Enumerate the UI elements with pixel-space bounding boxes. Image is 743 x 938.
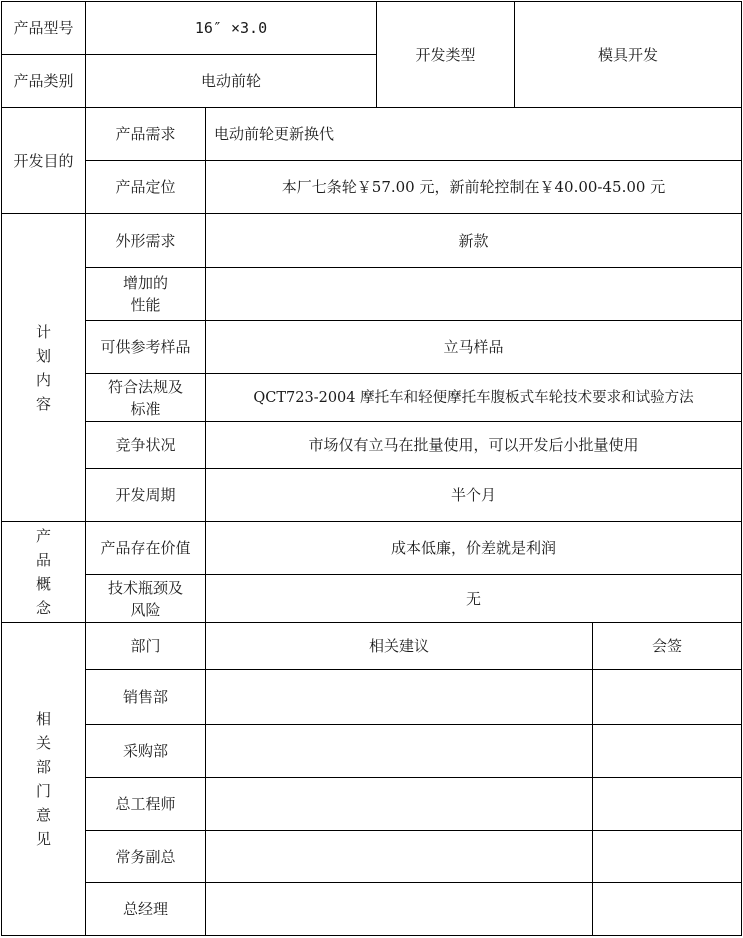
plan-row-value[interactable]: [205, 267, 742, 321]
purpose-row-label: 产品需求: [85, 107, 206, 161]
opinion-dept: 采购部: [85, 724, 206, 778]
purpose-row-value: 本厂七条轮￥57.00 元，新前轮控制在￥40.00-45.00 元: [205, 160, 742, 214]
plan-label-char: 容: [36, 392, 51, 416]
product-model-label: 产品型号: [1, 1, 86, 55]
plan-row-label: 增加的 性能: [85, 267, 206, 321]
opinions-header-suggestion: 相关建议: [205, 622, 593, 670]
opinions-label-char: 门: [36, 779, 51, 803]
plan-row-label: 外形需求: [85, 213, 206, 268]
opinion-sign-field[interactable]: [592, 669, 742, 725]
opinion-sign-field[interactable]: [592, 724, 742, 778]
dev-type-value: 模具开发: [514, 1, 742, 108]
plan-row-value: 市场仅有立马在批量使用，可以开发后小批量使用: [205, 421, 742, 469]
concept-row-label: 技术瓶颈及 风险: [85, 574, 206, 623]
concept-row-label: 产品存在价值: [85, 521, 206, 575]
concept-row-value: 成本低廉，价差就是利润: [205, 521, 742, 575]
concept-section-label: 产 品 概 念: [1, 521, 86, 623]
plan-label-char: 内: [36, 368, 51, 392]
plan-row-value: 半个月: [205, 468, 742, 522]
opinion-suggestion-field[interactable]: [205, 777, 593, 831]
plan-label-char: 计: [36, 320, 51, 344]
opinion-sign-field[interactable]: [592, 777, 742, 831]
purpose-section-label: 开发目的: [1, 107, 86, 214]
opinions-label-char: 相: [36, 707, 51, 731]
plan-row-value: QCT723-2004 摩托车和轻便摩托车腹板式车轮技术要求和试验方法: [205, 373, 742, 422]
product-model-value: 16″ ×3.0: [85, 1, 377, 55]
plan-section-label: 计 划 内 容: [1, 213, 86, 522]
product-category-value: 电动前轮: [85, 54, 377, 108]
opinions-label-char: 见: [36, 827, 51, 851]
concept-label-char: 产: [36, 524, 51, 548]
plan-row-value: 新款: [205, 213, 742, 268]
opinion-dept: 总经理: [85, 882, 206, 936]
concept-row-value: 无: [205, 574, 742, 623]
concept-label-char: 概: [36, 572, 51, 596]
opinion-sign-field[interactable]: [592, 882, 742, 936]
opinion-suggestion-field[interactable]: [205, 882, 593, 936]
plan-row-label: 可供参考样品: [85, 320, 206, 374]
opinion-suggestion-field[interactable]: [205, 830, 593, 883]
opinion-suggestion-field[interactable]: [205, 724, 593, 778]
opinion-dept: 常务副总: [85, 830, 206, 883]
plan-row-label: 符合法规及 标准: [85, 373, 206, 422]
plan-row-label: 竞争状况: [85, 421, 206, 469]
product-category-label: 产品类别: [1, 54, 86, 108]
plan-row-label: 开发周期: [85, 468, 206, 522]
opinions-header-sign: 会签: [592, 622, 742, 670]
opinions-header-dept: 部门: [85, 622, 206, 670]
opinions-label-char: 部: [36, 755, 51, 779]
plan-label-char: 划: [36, 344, 51, 368]
opinion-dept: 总工程师: [85, 777, 206, 831]
opinions-section-label: 相 关 部 门 意 见: [1, 622, 86, 936]
opinions-label-char: 意: [36, 803, 51, 827]
purpose-row-value: 电动前轮更新换代: [205, 107, 742, 161]
opinion-suggestion-field[interactable]: [205, 669, 593, 725]
dev-type-label: 开发类型: [376, 1, 515, 108]
opinion-sign-field[interactable]: [592, 830, 742, 883]
plan-row-value: 立马样品: [205, 320, 742, 374]
purpose-row-label: 产品定位: [85, 160, 206, 214]
opinions-label-char: 关: [36, 731, 51, 755]
concept-label-char: 品: [36, 548, 51, 572]
concept-label-char: 念: [36, 596, 51, 620]
opinion-dept: 销售部: [85, 669, 206, 725]
